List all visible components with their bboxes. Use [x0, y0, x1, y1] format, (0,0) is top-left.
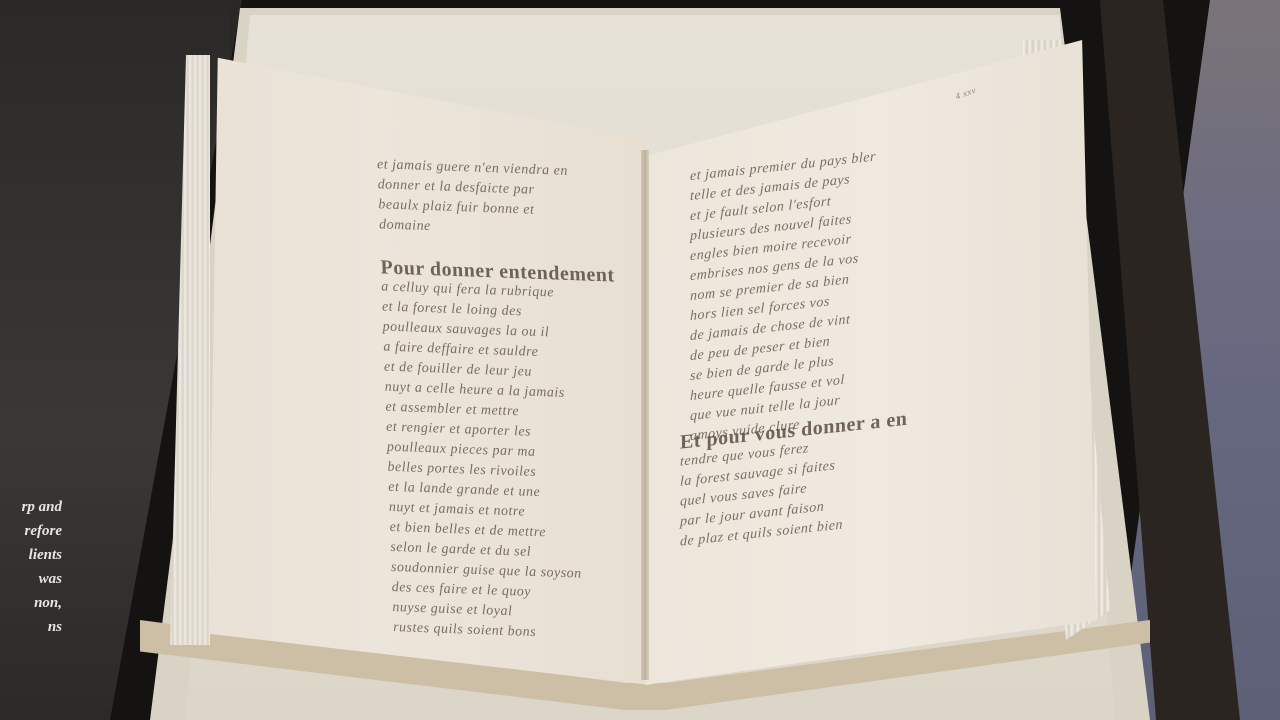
- placard-line: rp and: [2, 495, 62, 519]
- placard-line: non,: [2, 591, 62, 615]
- placard-line: lients: [2, 543, 62, 567]
- left-page-text: et jamais guere n'en viendra en donner e…: [377, 155, 644, 647]
- right-page-text: et jamais premier du pays bler telle et …: [690, 143, 920, 447]
- placard-text: rp and refore lients was non, ns: [2, 495, 62, 639]
- placard-line: was: [2, 567, 62, 591]
- right-page-section: Et pour vous donner a en tendre que vous…: [680, 407, 920, 552]
- placard-line: ns: [2, 615, 62, 639]
- placard-line: refore: [2, 519, 62, 543]
- book-gutter: [641, 150, 649, 680]
